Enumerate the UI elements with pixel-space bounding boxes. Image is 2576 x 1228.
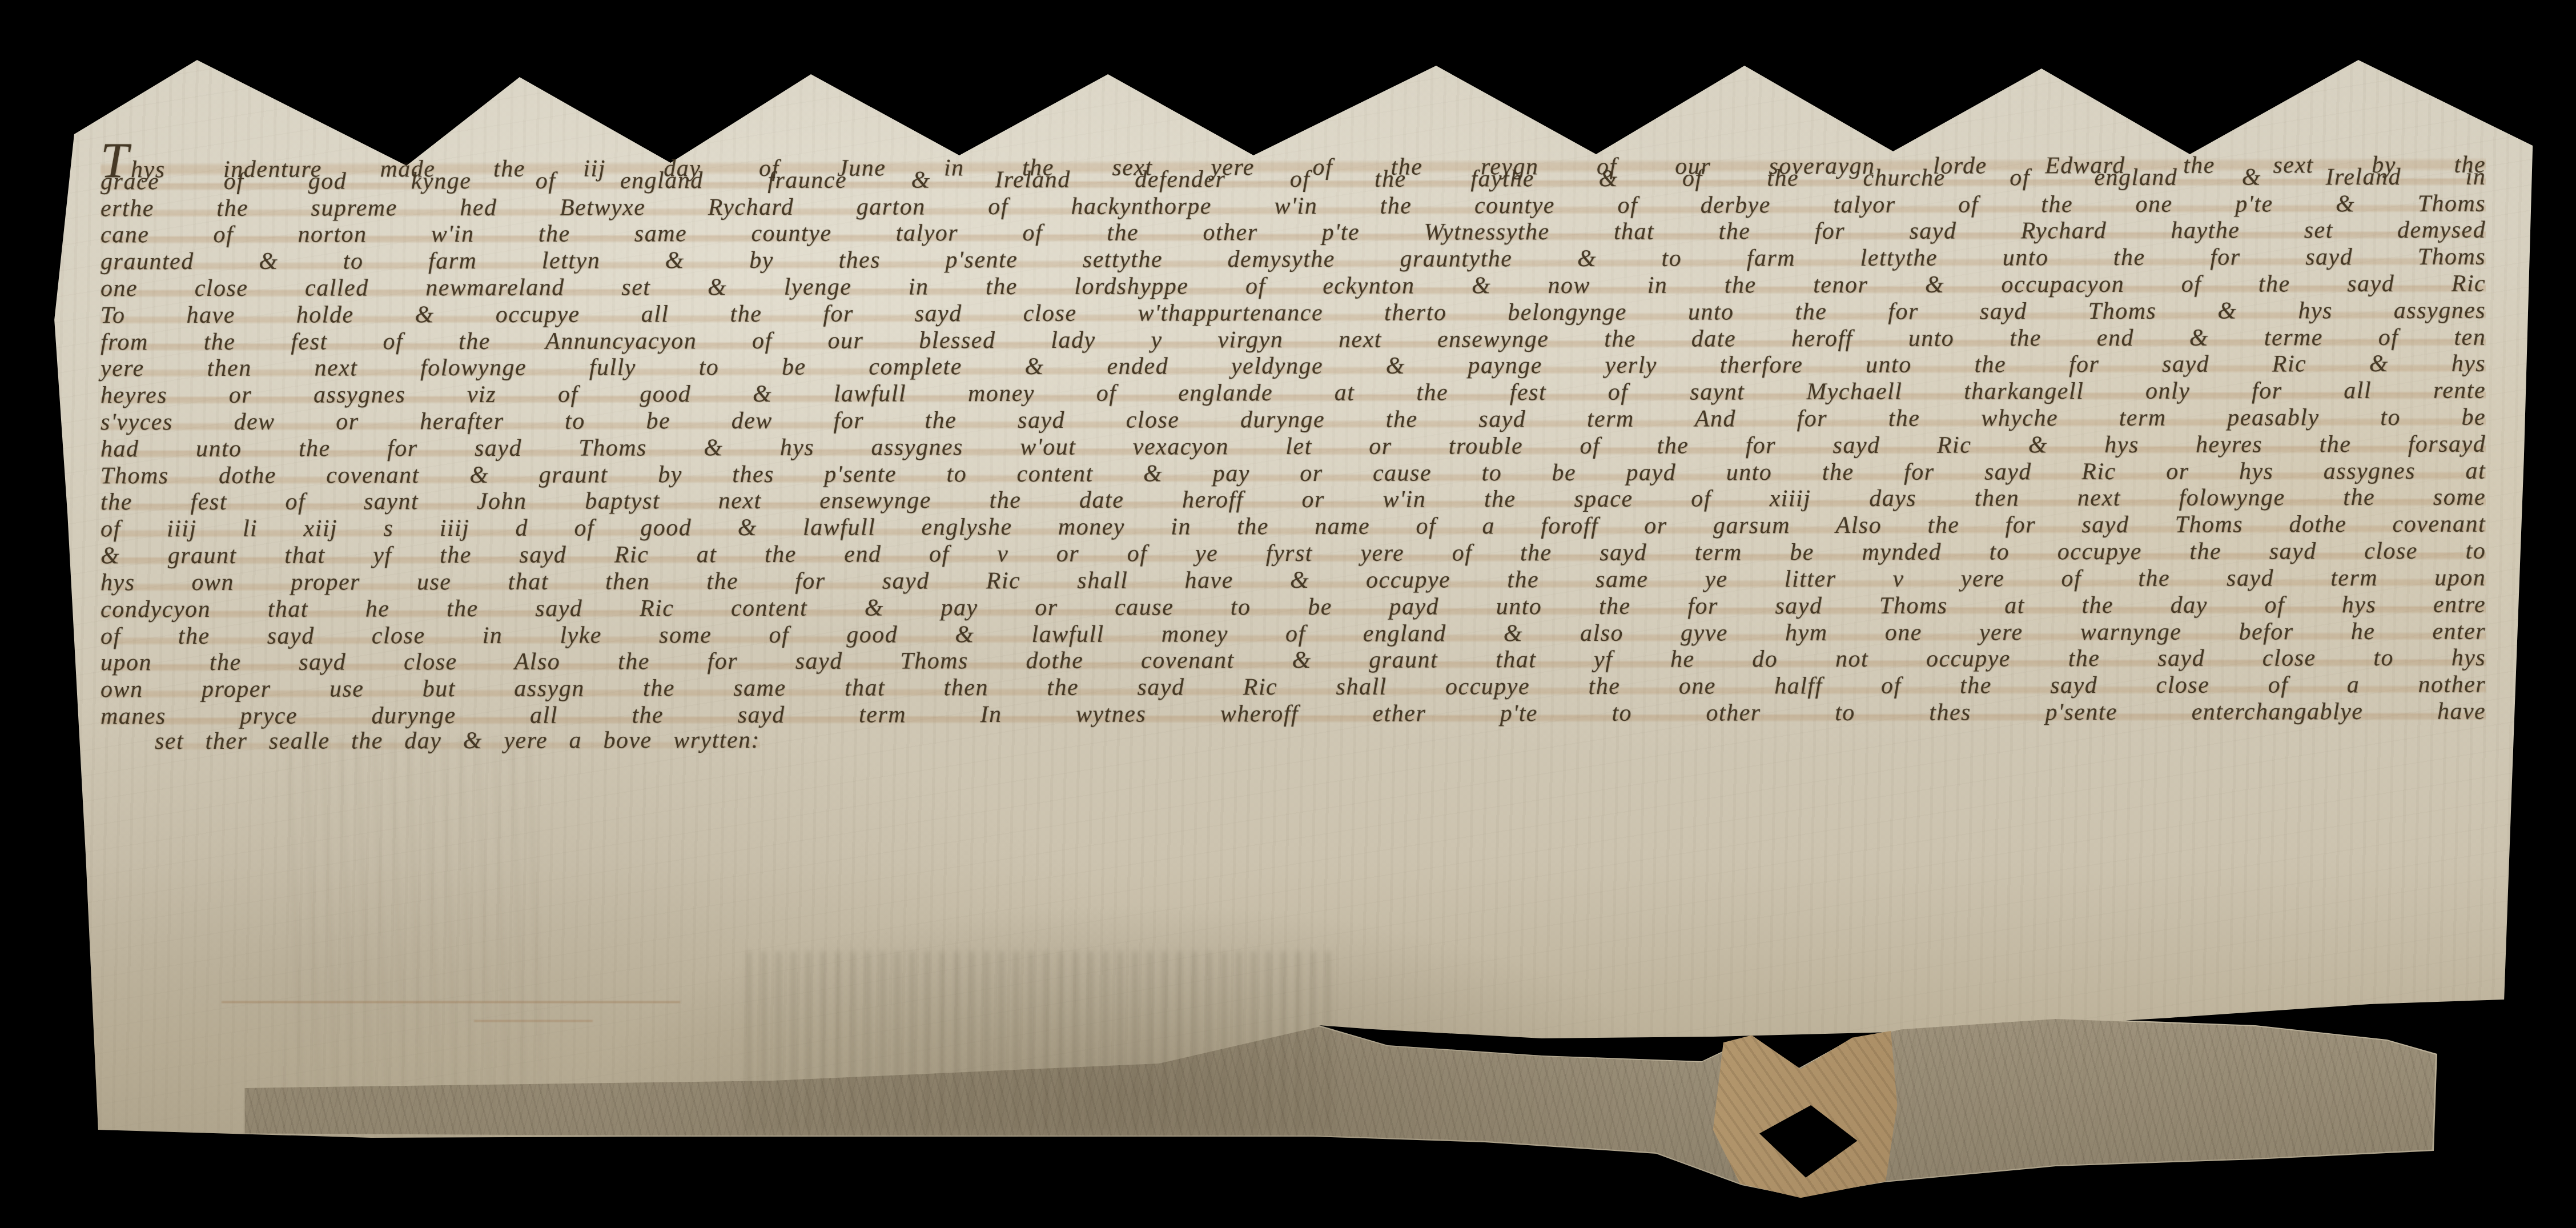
manuscript-line: yere then next folowynge fully to be com… xyxy=(101,351,2486,382)
manuscript-line: graunted & to farm lettyn & by thes p'se… xyxy=(101,244,2486,275)
manuscript-line: To have holde & occupye all the for sayd… xyxy=(101,297,2486,328)
manuscript-line: condycyon that he the sayd Ric content &… xyxy=(101,591,2486,623)
manuscript-line: own proper use but assygn the same that … xyxy=(101,672,2486,703)
manuscript-line: of the sayd close in lyke some of good &… xyxy=(101,618,2486,649)
manuscript-line: from the fest of the Annuncyacyon of our… xyxy=(101,324,2486,355)
manuscript-line: grace of god kynge of england fraunce & … xyxy=(101,163,2486,195)
photograph-background: Thys indenture made the iij day of June … xyxy=(0,0,2576,1228)
manuscript-line: erthe the supreme hed Betwyxe Rychard ga… xyxy=(101,190,2486,222)
manuscript-line: one close called newmareland set & lyeng… xyxy=(101,271,2486,302)
manuscript-line: of iiij li xiij s iiij d of good & lawfu… xyxy=(101,511,2486,543)
manuscript-line: s'vyces dew or herafter to be dew for th… xyxy=(101,404,2486,436)
manuscript-line: had unto the for sayd Thoms & hys assygn… xyxy=(101,431,2486,463)
manuscript-line: heyres or assygnes viz of good & lawfull… xyxy=(101,378,2486,409)
manuscript-line: the fest of saynt John baptyst next ense… xyxy=(101,484,2486,516)
manuscript-line: manes pryce durynge all the sayd term In… xyxy=(101,699,2486,730)
manuscript-line: set ther sealle the day & yere a bove wr… xyxy=(155,727,760,755)
manuscript-line: upon the sayd close Also the for sayd Th… xyxy=(101,645,2486,676)
manuscript-line: cane of norton w'in the same countye tal… xyxy=(101,217,2486,248)
manuscript-line: hys own proper use that then the for say… xyxy=(101,565,2486,596)
manuscript-text: Thys indenture made the iij day of June … xyxy=(0,0,2576,1228)
manuscript-line: Thoms dothe covenant & graunt by thes p'… xyxy=(101,458,2486,489)
manuscript-line: & graunt that yf the sayd Ric at the end… xyxy=(101,538,2486,569)
